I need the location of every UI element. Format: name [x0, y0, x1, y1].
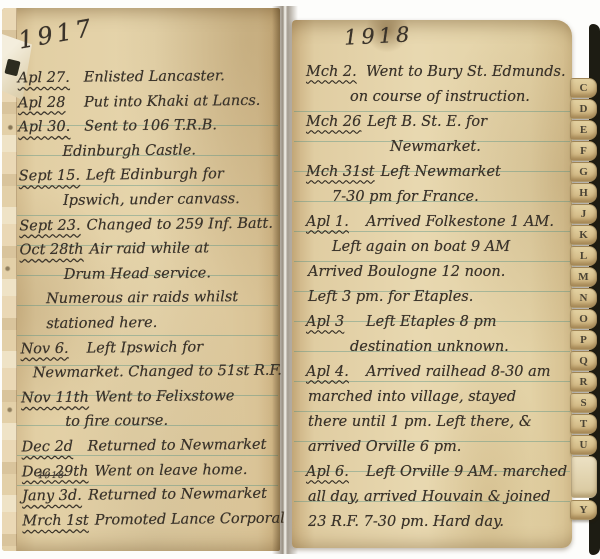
entry-date: Mch 26 — [306, 115, 363, 130]
index-tab-j: J — [570, 204, 597, 224]
entry-date: Dec 2d — [22, 440, 84, 455]
entry-date: Mrch 1st — [22, 513, 90, 528]
diary-entry-row: Mrch 1stPromoted Lance Corporal — [22, 501, 278, 528]
diary-entry-row: Mch 31stLeft Newmarket — [306, 154, 544, 179]
year-label-1917: 1917 — [16, 14, 97, 55]
index-tab-u: U — [570, 435, 597, 455]
diary-photo: 1917 Apl 27.Enlisted Lancaster.Apl 28Put… — [0, 0, 600, 559]
entry-text: Left Ipswich for — [86, 340, 203, 356]
entry-date: Apl 3 — [306, 315, 362, 330]
entry-text: Air raid while at — [90, 242, 210, 258]
index-tab-n: N — [570, 288, 597, 308]
entry-text: Left Orville 9 AM. marched — [366, 465, 567, 480]
diary-entry-row: Nov 6.Left Ipswich for — [20, 329, 276, 356]
diary-entry-row: Apl 4.Arrived railhead 8-30 am — [306, 354, 544, 379]
index-tab-y: Y — [570, 500, 597, 520]
diary-page-right: 1918 Mch 2.Went to Bury St. Edmunds.on c… — [292, 20, 572, 548]
entry-text: stationed here. — [46, 316, 157, 332]
entry-text: Left Newmarket — [381, 165, 501, 180]
entry-text: 23 R.F. 7-30 pm. Hard day. — [308, 515, 504, 530]
entry-text: all day, arrived Houvain & joined — [308, 490, 550, 505]
diary-entry-row: 7-30 pm for France. — [306, 179, 544, 204]
diary-entry-row: Sept 15.Left Edinburgh for — [19, 157, 275, 184]
entry-date: Apl 27. — [18, 71, 80, 86]
index-tab-g: G — [570, 162, 597, 182]
entry-text: Went on leave home. — [94, 463, 247, 479]
index-tab-t: T — [570, 414, 597, 434]
entry-text: Left Edinburgh for — [86, 168, 224, 184]
diary-entry-row: Apl 28Put into Khaki at Lancs. — [18, 83, 274, 110]
index-tab-l: L — [570, 246, 597, 266]
diary-entry-row: 23 R.F. 7-30 pm. Hard day. — [306, 504, 544, 529]
entry-date: Nov 6. — [20, 341, 82, 356]
diary-entry-row: Left again on boat 9 AM — [306, 229, 544, 254]
diary-entry-row: Drum Head service. — [20, 255, 276, 282]
diary-entry-row: marched into village, stayed — [306, 379, 544, 404]
entry-text: arrived Orville 6 pm. — [308, 440, 461, 455]
entry-date: Mch 31st — [306, 165, 377, 180]
entries-right: Mch 2.Went to Bury St. Edmunds.on course… — [306, 54, 544, 529]
index-tab-d: D — [570, 99, 597, 119]
index-tab-m: M — [570, 267, 597, 287]
year-label-1918: 1918 — [343, 22, 414, 50]
diary-page-left: 1917 Apl 27.Enlisted Lancaster.Apl 28Put… — [2, 8, 280, 551]
entry-text: Left B. St. E. for — [367, 115, 487, 130]
entry-date: Apl 1. — [306, 215, 362, 230]
diary-entry-row: Apl 27.Enlisted Lancaster. — [18, 59, 274, 86]
entry-date: Sept 15. — [19, 169, 82, 184]
diary-entry-row: Left 3 pm. for Etaples. — [306, 279, 544, 304]
entry-date: Mch 2. — [306, 65, 362, 80]
entry-text: Went to Felixstowe — [95, 389, 235, 405]
entry-date: Apl 4. — [306, 365, 362, 380]
diary-entry-row: Oct 28thAir raid while at — [19, 231, 275, 258]
entry-text: Left again on boat 9 AM — [332, 240, 510, 255]
diary-entry-row: arrived Orville 6 pm. — [306, 429, 544, 454]
index-tab-p: P — [570, 330, 597, 350]
diary-entry-row: Nov 11thWent to Felixstowe — [21, 378, 277, 405]
entries-left: Apl 27.Enlisted Lancaster.Apl 28Put into… — [18, 59, 279, 529]
thumb-index-tabs: CDEFGHJKLMNOPQRSTUY — [563, 60, 597, 540]
index-tab-f: F — [570, 141, 597, 161]
diary-entry-row: Numerous air raids whilst — [20, 280, 276, 307]
entry-date: Apl 28 — [18, 95, 80, 110]
index-tab-r: R — [570, 372, 597, 392]
diary-entry-row: Sept 23.Changed to 259 Inf. Batt. — [19, 206, 275, 233]
entry-text: Edinburgh Castle. — [62, 143, 196, 159]
entry-text: Promoted Lance Corporal — [95, 511, 285, 527]
diary-entry-row: stationed here. — [20, 305, 276, 332]
entry-date: Apl 6. — [306, 465, 362, 480]
diary-entry-row: Mch 2.Went to Bury St. Edmunds. — [306, 54, 544, 79]
entry-date: Nov 11th — [21, 390, 91, 405]
entry-text: Went to Bury St. Edmunds. — [366, 65, 566, 80]
entry-text: Drum Head service. — [64, 266, 211, 282]
index-tab-e: E — [570, 120, 597, 140]
diary-entry-row: Mch 26Left B. St. E. for — [306, 104, 544, 129]
diary-entry-row: destination unknown. — [306, 329, 544, 354]
entry-text: Left Etaples 8 pm — [366, 315, 497, 330]
diary-entry-row: on course of instruction. — [306, 79, 544, 104]
entry-date: Sept 23. — [19, 218, 82, 233]
diary-entry-row: Apl 1.Arrived Folkestone 1 AM. — [306, 204, 544, 229]
entry-text: Newmarket. — [390, 140, 481, 155]
entry-text: Arrived Boulogne 12 noon. — [308, 265, 505, 280]
inline-year-note: 1918 — [38, 472, 65, 481]
diary-entry-row: to fire course. — [21, 403, 277, 430]
index-tab-s: S — [570, 393, 597, 413]
entry-text: Arrived Folkestone 1 AM. — [366, 215, 554, 230]
entry-text: Enlisted Lancaster. — [84, 69, 225, 85]
diary-entry-row: Apl 6.Left Orville 9 AM. marched — [306, 454, 544, 479]
worn-tab-area — [571, 456, 597, 498]
entry-text: on course of instruction. — [350, 90, 530, 105]
entry-text: marched into village, stayed — [308, 390, 516, 405]
diary-entry-row: Apl 3Left Etaples 8 pm — [306, 304, 544, 329]
diary-entry-row: there until 1 pm. Left there, & — [306, 404, 544, 429]
index-tab-h: H — [570, 183, 597, 203]
diary-entry-row: Edinburgh Castle. — [18, 132, 274, 159]
index-tab-k: K — [570, 225, 597, 245]
diary-entry-row: Newmarket. — [306, 129, 544, 154]
index-tab-c: C — [570, 78, 597, 98]
entry-date: Jany 3d. — [22, 489, 84, 504]
index-tab-o: O — [570, 309, 597, 329]
entry-text: there until 1 pm. Left there, & — [308, 415, 532, 430]
diary-entry-row: Apl 30.Sent to 106 T.R.B. — [18, 108, 274, 135]
diary-entry-row: all day, arrived Houvain & joined — [306, 479, 544, 504]
entry-date: Oct 28th — [19, 243, 85, 258]
entry-text: 7-30 pm for France. — [332, 190, 479, 205]
entry-text: Left 3 pm. for Etaples. — [308, 290, 473, 305]
entry-text: destination unknown. — [350, 340, 509, 355]
entry-text: to fire course. — [65, 414, 168, 430]
entry-date: Apl 30. — [18, 120, 80, 135]
diary-entry-row: Ipswich, under canvass. — [19, 182, 275, 209]
diary-entry-row: 1918Jany 3d.Returned to Newmarket — [22, 477, 278, 504]
diary-entry-row: Dec 2dReturned to Newmarket — [21, 428, 277, 455]
entry-text: Arrived railhead 8-30 am — [366, 365, 551, 380]
diary-entry-row: Newmarket. Changed to 51st R.F. — [21, 354, 277, 381]
diary-entry-row: Arrived Boulogne 12 noon. — [306, 254, 544, 279]
index-tab-q: Q — [570, 351, 597, 371]
entry-text: Sent to 106 T.R.B. — [84, 119, 217, 135]
